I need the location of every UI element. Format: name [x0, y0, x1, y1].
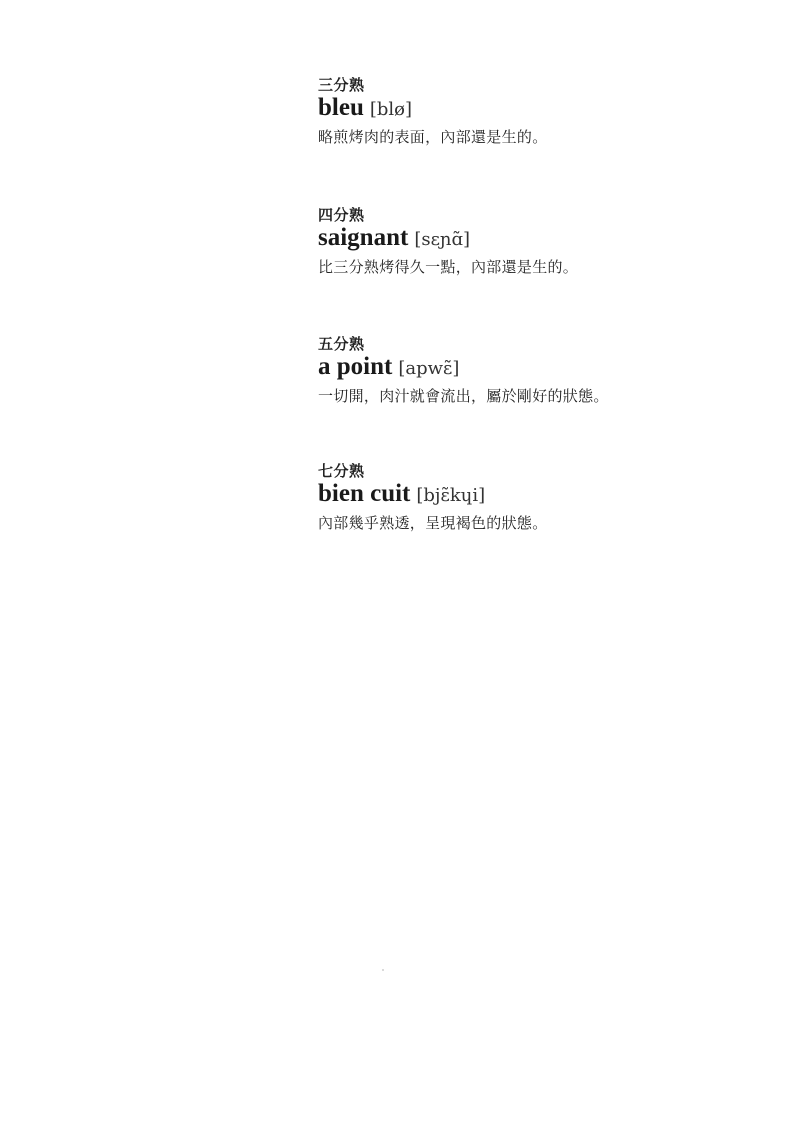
term-line: bleu[blø] — [318, 94, 548, 125]
ipa-pronunciation: [bjɛ̃kɥi] — [416, 485, 485, 506]
doneness-level-label: 五分熟 — [318, 335, 609, 353]
french-term: bleu — [318, 94, 364, 121]
doneness-entry-medium: 五分熟 a point[apwɛ̃] 一切開，肉汁就會流出，屬於剛好的狀態。 — [318, 335, 609, 406]
ipa-pronunciation: [sɛɲɑ̃] — [414, 229, 470, 250]
term-description: 比三分熟烤得久一點，內部還是生的。 — [318, 257, 578, 277]
ipa-pronunciation: [blø] — [370, 99, 412, 120]
term-description: 內部幾乎熟透，呈現褐色的狀態。 — [318, 513, 548, 533]
term-line: a point[apwɛ̃] — [318, 353, 609, 384]
term-description: 略煎烤肉的表面，內部還是生的。 — [318, 127, 548, 147]
doneness-entry-medium-well: 七分熟 bien cuit[bjɛ̃kɥi] 內部幾乎熟透，呈現褐色的狀態。 — [318, 462, 548, 533]
scan-artifact-dot — [382, 969, 384, 971]
term-line: bien cuit[bjɛ̃kɥi] — [318, 480, 548, 511]
doneness-entry-medium-rare: 四分熟 saignant[sɛɲɑ̃] 比三分熟烤得久一點，內部還是生的。 — [318, 206, 578, 277]
doneness-level-label: 七分熟 — [318, 462, 548, 480]
french-term: saignant — [318, 224, 408, 251]
doneness-entry-rare: 三分熟 bleu[blø] 略煎烤肉的表面，內部還是生的。 — [318, 76, 548, 147]
doneness-level-label: 四分熟 — [318, 206, 578, 224]
french-term: bien cuit — [318, 480, 410, 507]
term-line: saignant[sɛɲɑ̃] — [318, 224, 578, 255]
ipa-pronunciation: [apwɛ̃] — [398, 358, 459, 379]
doneness-level-label: 三分熟 — [318, 76, 548, 94]
french-term: a point — [318, 353, 392, 380]
term-description: 一切開，肉汁就會流出，屬於剛好的狀態。 — [318, 386, 609, 406]
